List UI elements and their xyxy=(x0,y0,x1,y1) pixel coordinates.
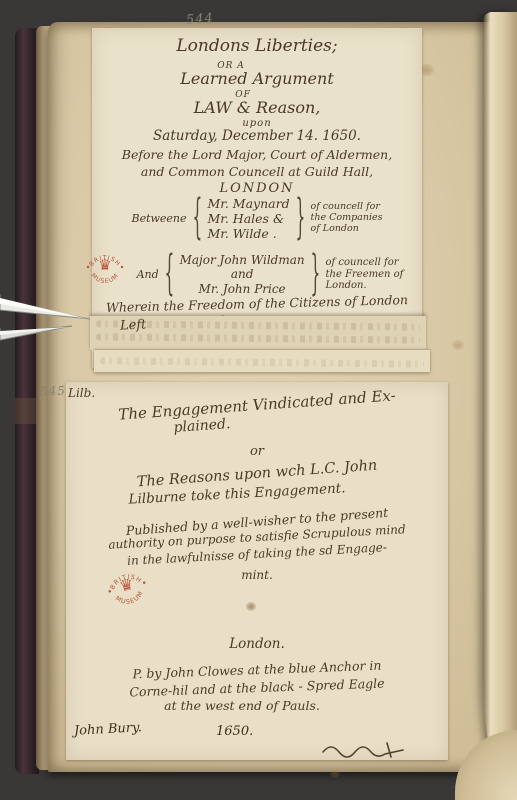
counsel-name: Mr. Maynard xyxy=(207,196,289,211)
pencil-folio-number-top: 544 xyxy=(186,11,215,28)
counsel-name: Mr. John Price xyxy=(180,282,305,296)
date-line: Saturday, December 14. 1650. xyxy=(92,128,422,144)
british-museum-stamp: BRITISH MUSEUM ♛ xyxy=(85,245,125,289)
left-brace-icon: { xyxy=(191,191,203,245)
counsel-name: and xyxy=(180,267,305,281)
betweene-label: Betweene xyxy=(131,212,186,225)
leaf-fold-lower-strip xyxy=(94,350,430,372)
london-line: LONDON xyxy=(92,181,422,196)
and-label: And xyxy=(137,268,159,281)
curled-facing-page xyxy=(483,12,517,800)
owner-signature: John Bury. xyxy=(74,720,143,739)
stain-spot xyxy=(246,602,256,611)
photograph-of-bound-volume: 544 545 Londons Liberties; OR A Learned … xyxy=(0,0,517,800)
learned-argument-line: Learned Argument xyxy=(92,69,422,88)
and-group: And { Major John Wildman and Mr. John Pr… xyxy=(92,253,422,296)
title-line: Londons Liberties; xyxy=(92,36,422,56)
london-imprint-line: London. xyxy=(66,636,448,652)
leaf-fold-upper-strip: Left xyxy=(90,316,426,350)
right-brace-icon: } xyxy=(294,191,306,245)
law-reason-line: LAW & Reason, xyxy=(92,98,422,117)
counsel-for: the Freemen of xyxy=(326,269,404,281)
fold-label: Left xyxy=(120,317,147,333)
stamp-text-bottom: MUSEUM xyxy=(90,272,121,285)
left-brace-icon: { xyxy=(163,247,175,301)
year-line: 1650. xyxy=(216,724,253,739)
counsel-name: Mr. Wilde . xyxy=(207,226,289,241)
counsel-for: of councell for xyxy=(326,257,404,269)
pen-flourish-icon xyxy=(321,740,411,760)
pencil-folio-number-lower: 545 xyxy=(40,384,66,399)
show-through-text xyxy=(100,357,424,367)
svg-text:MUSEUM: MUSEUM xyxy=(90,272,121,285)
before-line-1: Before the Lord Major, Court of Aldermen… xyxy=(92,147,422,162)
counsel-name: Major John Wildman xyxy=(180,253,305,267)
page-holder-clip-icon xyxy=(0,288,100,352)
before-line-2: and Common Councell at Guild Hall, xyxy=(92,164,422,179)
margin-note: Lilb. xyxy=(68,386,95,400)
upper-pasted-title-leaf: Londons Liberties; OR A Learned Argument… xyxy=(92,28,422,368)
crown-icon: ♛ xyxy=(98,256,111,274)
betweene-group: Betweene { Mr. Maynard Mr. Hales & Mr. W… xyxy=(92,196,422,241)
imprint-line-3: at the west end of Pauls. xyxy=(36,698,448,713)
counsel-for: of London xyxy=(311,224,383,235)
counsel-name: Mr. Hales & xyxy=(207,211,289,226)
show-through-text xyxy=(96,333,420,343)
counsel-for: London. xyxy=(326,280,404,292)
